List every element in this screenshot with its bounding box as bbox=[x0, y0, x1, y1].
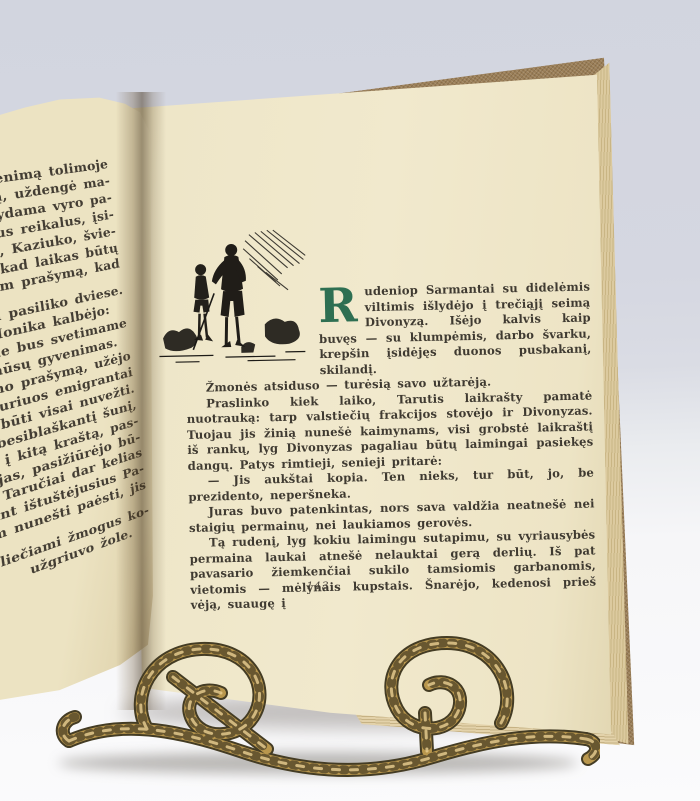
right-page-text: Rudeniop Sarmantai su didelėmis viltimis… bbox=[184, 279, 597, 613]
man-figure bbox=[211, 244, 247, 348]
left-page-text: e išvykusių gyvenimą tolimoje e miegantį… bbox=[0, 156, 152, 667]
bushes bbox=[163, 318, 301, 354]
woodcut-illustration bbox=[153, 227, 308, 366]
left-page: e išvykusių gyvenimą tolimoje e miegantį… bbox=[0, 94, 157, 706]
paragraph: Tą rudenį, lyg kokiu laimingu sutapimu, … bbox=[189, 527, 597, 613]
ground-hatching bbox=[159, 351, 305, 362]
photo-of-open-book: Rudeniop Sarmantai su didelėmis viltimis… bbox=[0, 0, 700, 801]
paragraph: Praslinko kiek laiko, Tarutis laikrašty … bbox=[186, 388, 594, 474]
stand-patina-speckles bbox=[63, 643, 596, 770]
brass-book-stand bbox=[55, 625, 600, 785]
drop-cap-initial: R bbox=[318, 284, 365, 325]
page-number: 143 bbox=[258, 580, 378, 592]
paragraph: Rudeniop Sarmantai su didelėmis viltimis… bbox=[184, 279, 592, 380]
hatching-lines bbox=[243, 229, 306, 290]
